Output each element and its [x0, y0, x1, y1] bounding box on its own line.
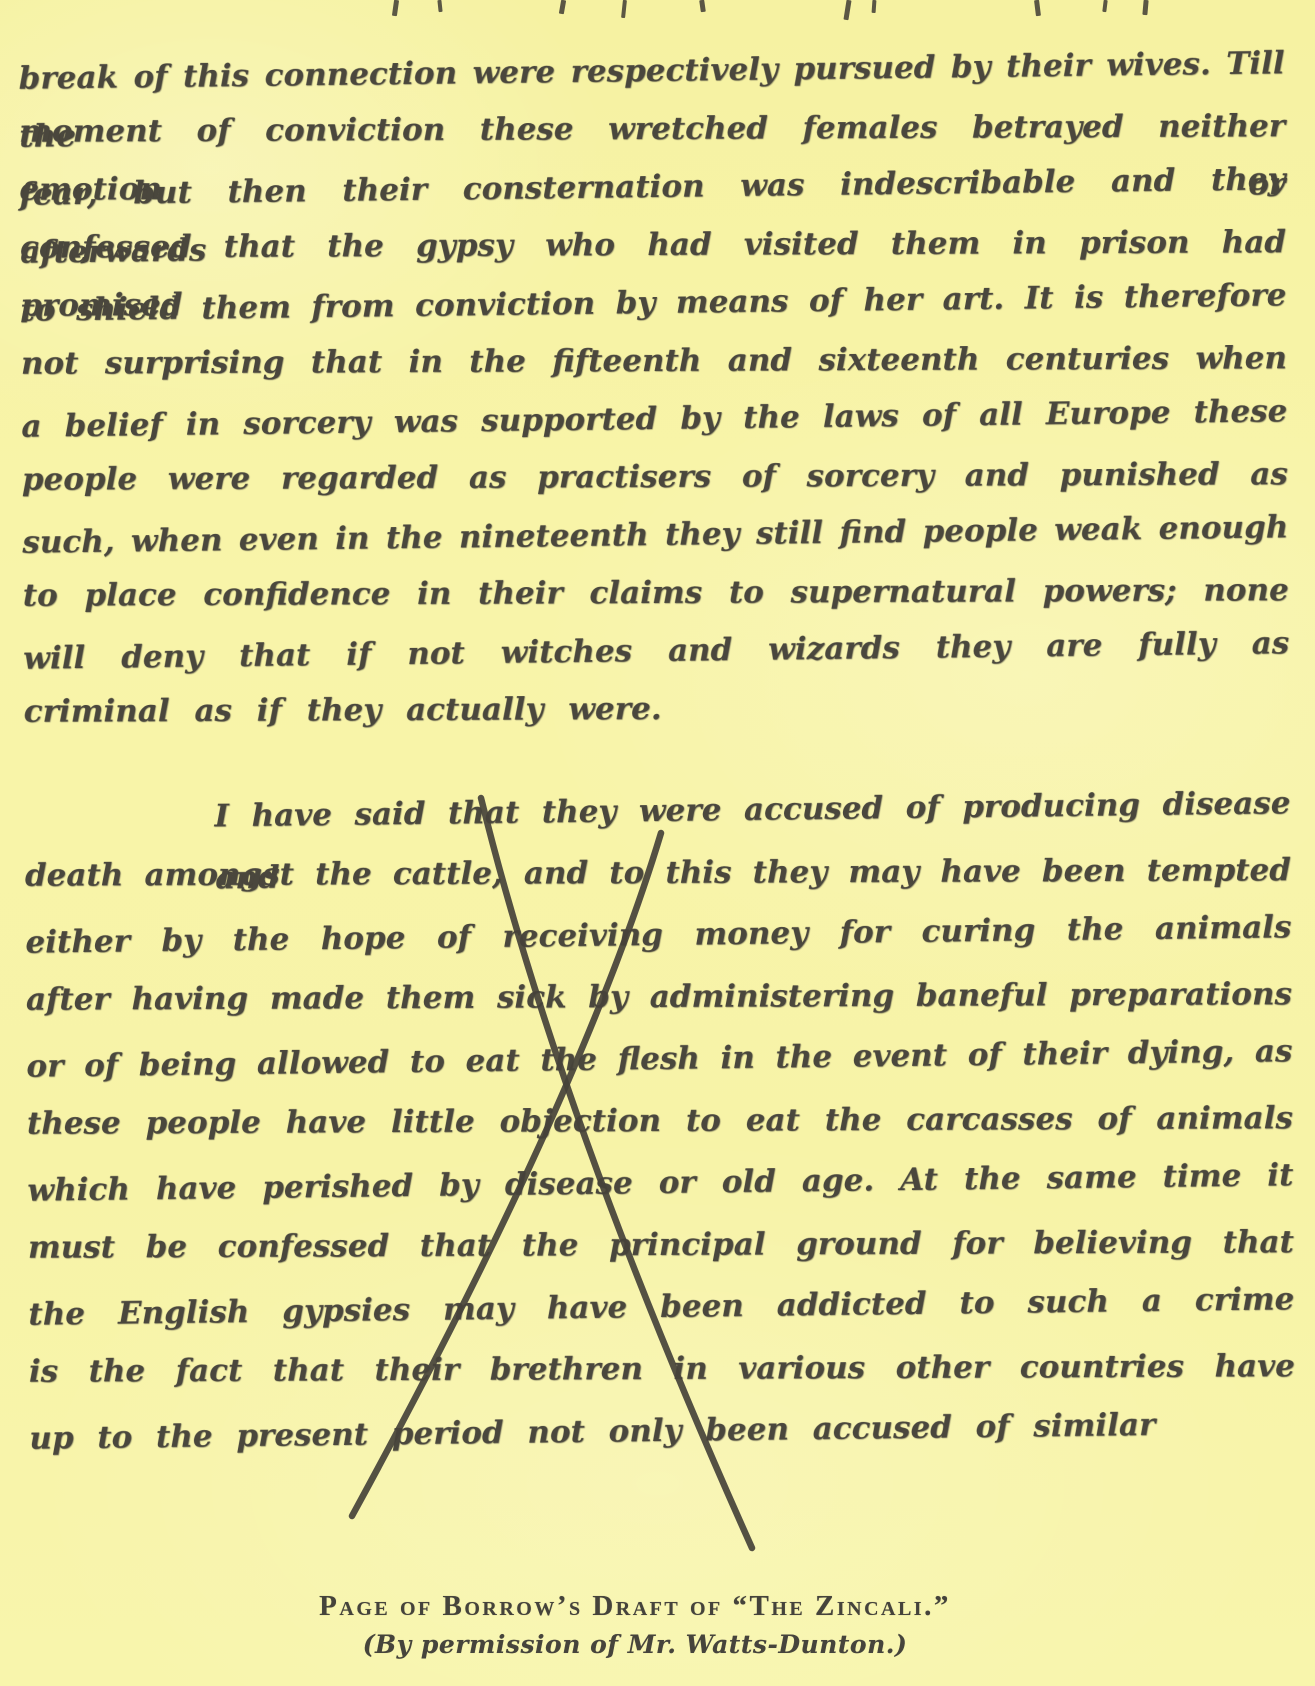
manuscript-page: break of this connection were respective…	[0, 0, 1315, 1686]
handwritten-line: the English gypsies may have been addict…	[28, 1268, 1295, 1345]
handwritten-line: or of being allowed to eat the flesh in …	[26, 1020, 1293, 1097]
handwritten-line: to place confidence in their claims to s…	[23, 561, 1289, 625]
handwritten-line: moment of conviction these wretched fema…	[19, 97, 1285, 161]
handwritten-line: these people have little objection to ea…	[27, 1087, 1293, 1155]
handwritten-line: up to the present period not only been a…	[29, 1392, 1296, 1469]
caption-credit: (By permission of Mr. Watts-Dunton.)	[0, 1630, 1270, 1659]
handwritten-line: after having made them sick by administe…	[26, 963, 1292, 1031]
cut-off-stroke-mark	[1102, 0, 1107, 12]
paragraph-1: break of this connection were respective…	[18, 37, 1289, 743]
handwritten-line: not surprising that in the fifteenth and…	[21, 329, 1287, 393]
handwritten-line: to shield them from conviction by means …	[20, 266, 1287, 339]
handwritten-line: will deny that if not witches and wizard…	[23, 614, 1290, 687]
caption-block: Page of Borrow’s Draft of “The Zincali.”…	[0, 1590, 1270, 1659]
handwritten-line: criminal as if they actually were.	[24, 677, 1290, 741]
handwritten-line: confessed that the gypsy who had visited…	[20, 213, 1286, 277]
handwritten-line: a belief in sorcery was supported by the…	[21, 382, 1288, 455]
cut-off-stroke-mark	[559, 0, 566, 14]
cut-off-stroke-mark	[699, 0, 706, 12]
handwritten-line: death amongst the cattle, and to this th…	[25, 839, 1291, 907]
paragraph-2: I have said that they were accused of pr…	[24, 775, 1295, 1467]
handwritten-line: I have said that they were accused of pr…	[24, 772, 1291, 849]
cut-off-stroke-mark	[1142, 0, 1148, 15]
handwritten-text-block: break of this connection were respective…	[18, 37, 1295, 1467]
handwritten-line: such, when even in the nineteenth they s…	[22, 498, 1289, 571]
cut-off-stroke-mark	[843, 0, 851, 20]
cut-off-stroke-mark	[1034, 0, 1041, 16]
handwritten-line: people were regarded as practisers of so…	[22, 445, 1288, 509]
caption-title: Page of Borrow’s Draft of “The Zincali.”	[0, 1590, 1270, 1623]
cut-off-stroke-mark	[437, 0, 442, 12]
handwritten-line: is the fact that their brethren in vario…	[29, 1335, 1295, 1403]
handwritten-line: must be confessed that the principal gro…	[28, 1211, 1294, 1279]
cut-off-stroke-mark	[392, 0, 399, 16]
cut-off-stroke-mark	[872, 0, 877, 13]
cut-off-stroke-mark	[621, 0, 627, 18]
handwritten-line: break of this connection were respective…	[18, 34, 1285, 107]
handwritten-line: which have perished by disease or old ag…	[27, 1144, 1294, 1221]
